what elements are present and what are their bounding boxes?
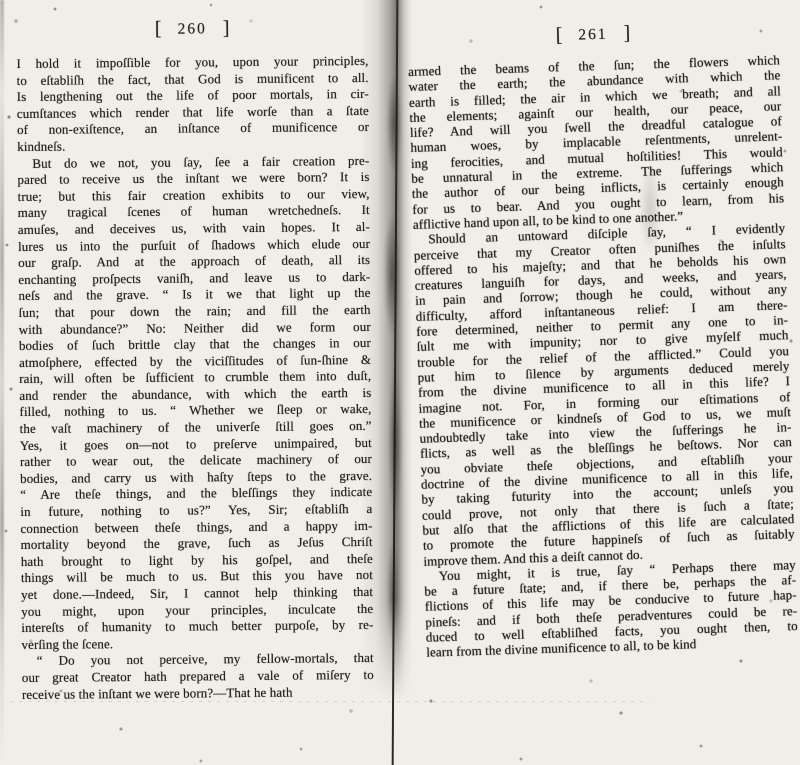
- paragraph: armed the beams of the ſun; the flowers …: [408, 52, 785, 232]
- page-261: [261] armed the beams of the ſun; the fl…: [406, 0, 798, 660]
- book-spread-scan: [260] I hold it impoſſible for you, upon…: [0, 0, 800, 765]
- book-gutter-shadow: [360, 0, 412, 700]
- page-text: armed the beams of the ſun; the flowers …: [408, 52, 799, 660]
- page-number: 260: [177, 20, 206, 37]
- text-line: intereſts of humanity to much better pur…: [21, 617, 373, 637]
- page-260: [260] I hold it impoſſible for you, upon…: [16, 9, 374, 703]
- text-line: of non-exiſtence, an inſtance of munific…: [17, 119, 369, 139]
- paragraph: Should an untoward diſciple ſay, “ I evi…: [413, 220, 795, 568]
- scan-left-edge-shadow: [0, 0, 4, 765]
- header-open-bracket: [: [155, 18, 162, 40]
- text-line: our great Creator hath prepared a vale o…: [22, 667, 374, 687]
- page-number: 261: [578, 26, 608, 44]
- paragraph: You might, it is true, ſay “ Perhaps the…: [424, 557, 799, 660]
- header-close-bracket: ]: [623, 22, 630, 44]
- paragraph: I hold it impoſſible for you, upon your …: [16, 53, 369, 156]
- paragraph: But do we not, you ſay, ſee a fair creat…: [17, 152, 373, 653]
- page-text: I hold it impoſſible for you, upon your …: [16, 53, 374, 703]
- header-open-bracket: [: [555, 24, 562, 46]
- header-close-bracket: ]: [223, 17, 230, 39]
- page-number-header: [260]: [16, 17, 368, 40]
- scan-artifact-line: [10, 701, 650, 702]
- page-number-header: [261]: [407, 18, 779, 50]
- ink-smudge: [630, 140, 670, 280]
- paragraph: “ Do you not perceive, my fellow-mortals…: [22, 650, 374, 703]
